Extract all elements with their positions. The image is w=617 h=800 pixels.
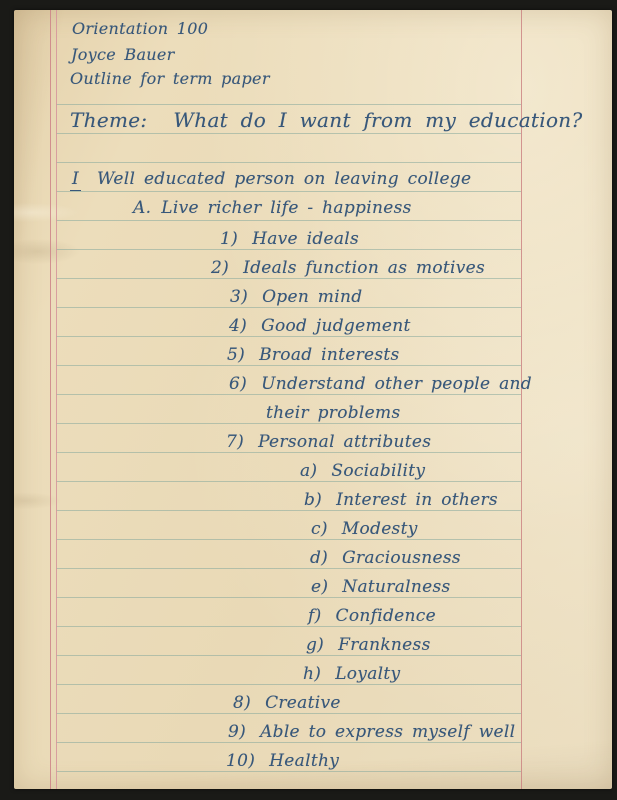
notebook-paper: Orientation 100 Joyce Bauer Outline for … [14, 10, 612, 789]
outline-sub-a: A.Live richer life - happiness [133, 196, 412, 220]
outline-point-6: 6)Understand other people and [229, 372, 532, 396]
section-title: Well educated person on leaving college [97, 169, 471, 189]
attribute-f: f)Confidence [308, 604, 436, 628]
outline-point-6-continuation: their problems [266, 401, 400, 425]
scanned-page: Orientation 100 Joyce Bauer Outline for … [0, 0, 617, 800]
header-doc-type: Outline for term paper [70, 68, 270, 90]
outline-point-8: 8)Creative [233, 691, 341, 715]
attribute-h: h)Loyalty [303, 662, 400, 686]
left-margin-line-inner [56, 10, 57, 789]
outline-section-heading: IWell educated person on leaving college [70, 167, 471, 191]
attribute-g: g)Frankness [306, 633, 431, 657]
sub-a-label: A. [133, 198, 151, 218]
left-margin-line-outer [50, 10, 51, 789]
outline-point-1: 1)Have ideals [220, 227, 359, 251]
theme-label: Theme: [70, 108, 147, 132]
attribute-e: e)Naturalness [311, 575, 451, 599]
outline-point-3: 3)Open mind [230, 285, 362, 309]
sub-a-text: Live richer life - happiness [161, 198, 411, 218]
header-author: Joyce Bauer [71, 44, 175, 66]
outline-point-5: 5)Broad interests [227, 343, 400, 367]
theme-question: What do I want from my education? [173, 108, 582, 132]
outline-point-4: 4)Good judgement [229, 314, 411, 338]
attribute-a: a)Sociability [300, 459, 425, 483]
roman-numeral: I [70, 169, 81, 191]
theme-line: Theme:What do I want from my education? [70, 107, 583, 133]
outline-point-9: 9)Able to express myself well [228, 720, 515, 744]
outline-point-10: 10)Healthy [226, 749, 339, 773]
attribute-d: d)Graciousness [310, 546, 461, 570]
header-course: Orientation 100 [72, 18, 208, 40]
attribute-b: b)Interest in others [304, 488, 498, 512]
outline-point-7: 7)Personal attributes [226, 430, 431, 454]
outline-point-2: 2)Ideals function as motives [211, 256, 485, 280]
attribute-c: c)Modesty [311, 517, 418, 541]
